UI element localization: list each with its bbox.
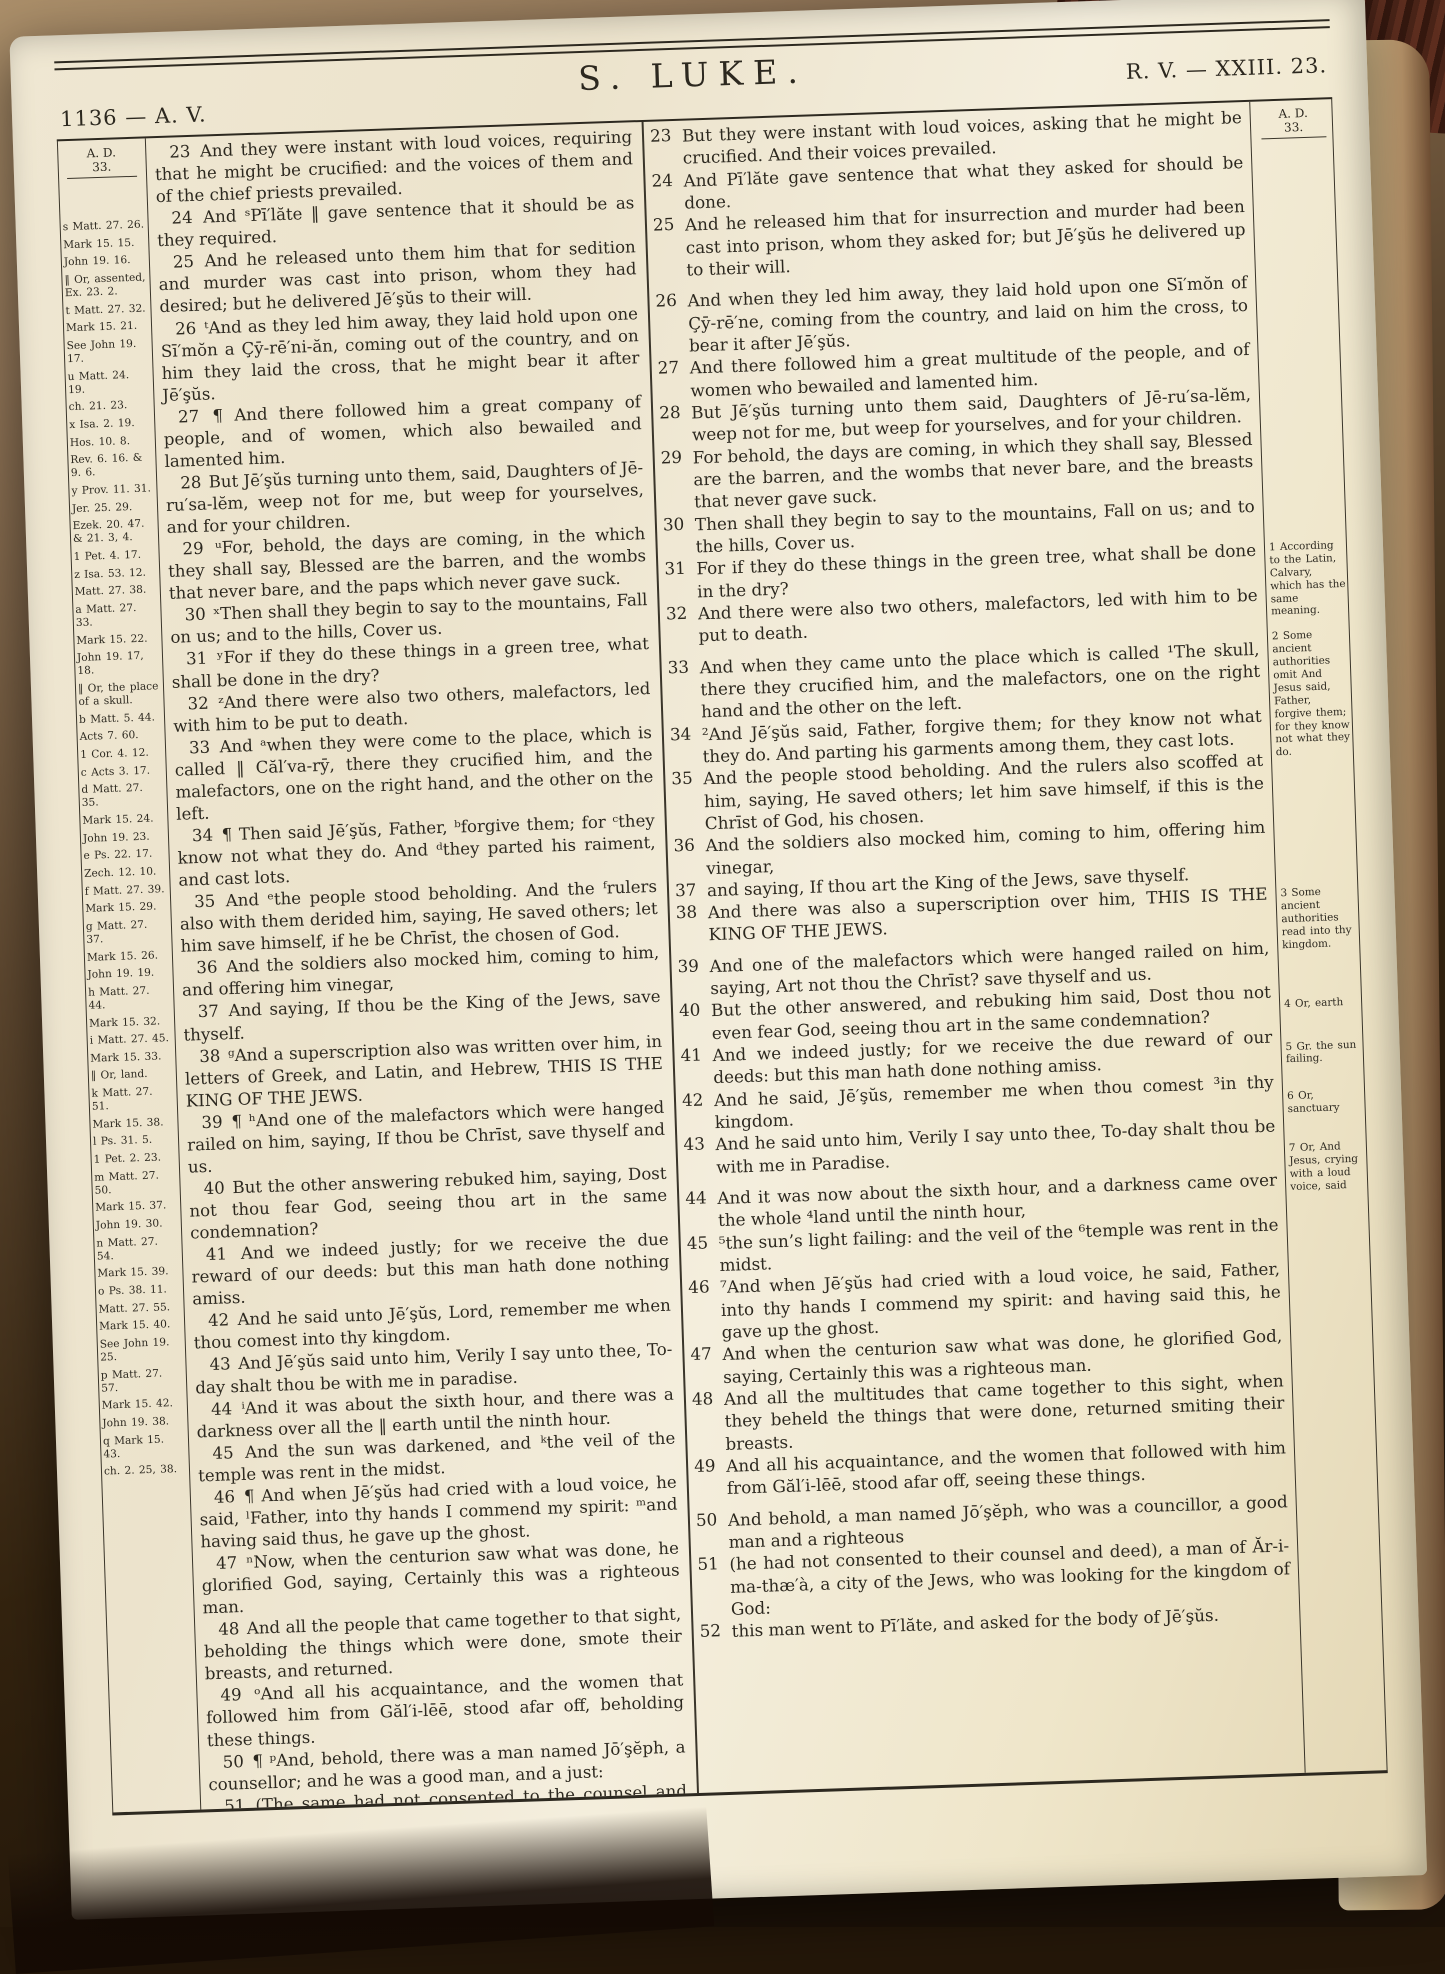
- margin-note: ‖ Or, the place of a skull.: [78, 680, 161, 709]
- verse-number: 40: [677, 1000, 712, 1046]
- verse-number: 51: [224, 1796, 248, 1810]
- verse-number: 38: [199, 1046, 223, 1066]
- verse-number: 25: [651, 214, 687, 282]
- margin-note: Zech. 12. 10.: [84, 865, 166, 881]
- margin-note: y Prov. 11. 31.: [71, 482, 153, 498]
- margin-note: Hos. 10. 8.: [70, 434, 152, 450]
- verse-number: 33: [189, 737, 213, 757]
- verse-number: 32: [187, 693, 211, 713]
- margin-note: u Matt. 24. 19.: [67, 368, 150, 397]
- verse-number: 26: [175, 318, 199, 338]
- verse-number: 40: [203, 1178, 227, 1198]
- margin-note: 6 Or, sanctuary: [1287, 1088, 1365, 1116]
- margin-note: ‖ Or, land.: [91, 1067, 173, 1083]
- margin-note: Rev. 6. 16. & 9. 6.: [70, 452, 153, 481]
- verse-number: 30: [184, 605, 208, 625]
- margin-note: Mark 15. 33.: [90, 1050, 172, 1066]
- margin-note: ch. 2. 25, 38.: [104, 1463, 186, 1479]
- margin-note: n Matt. 27. 54.: [96, 1235, 179, 1264]
- margin-note: ch. 21. 23.: [69, 399, 151, 415]
- margin-note: b Matt. 5. 44.: [79, 711, 161, 727]
- margin-note: See John 19. 17.: [66, 337, 149, 366]
- verse-number: 52: [697, 1620, 732, 1643]
- margin-note: Ezek. 20. 47. & 21. 3, 4.: [72, 518, 155, 547]
- verse-number: 36: [671, 834, 706, 880]
- margin-note: Matt. 27. 38.: [75, 584, 157, 600]
- margin-note: d Matt. 27. 35.: [81, 781, 164, 810]
- margin-note: John 19. 16.: [64, 254, 146, 270]
- av-text-column: 23 And they were instant with loud voice…: [146, 122, 699, 1810]
- margin-note: 2 Some ancient authorities omit And Jesu…: [1272, 628, 1353, 759]
- margin-note: John 19. 38.: [102, 1415, 184, 1431]
- margin-note: i Matt. 27. 45.: [90, 1032, 172, 1048]
- margin-note: a Matt. 27. 33.: [75, 601, 158, 630]
- verse-number: 47: [216, 1553, 240, 1573]
- verse-number: 28: [657, 401, 692, 447]
- verse-number: 41: [678, 1044, 713, 1090]
- verse-number: 49: [692, 1455, 727, 1501]
- verse-number: 48: [690, 1388, 726, 1456]
- margin-note: x Isa. 2. 19.: [69, 416, 151, 432]
- verse-number: 50: [694, 1509, 729, 1555]
- printed-area: 1136 — A. V. S. LUKE. R. V. — XXIII. 23.…: [54, 19, 1390, 1888]
- margin-note: Mark 15. 42.: [102, 1397, 184, 1413]
- margin-note: See John 19. 25.: [100, 1336, 183, 1365]
- margin-note: m Matt. 27. 50.: [94, 1169, 177, 1198]
- verse-number: 46: [686, 1276, 722, 1344]
- verse-number: 46: [214, 1487, 238, 1507]
- verse-number: 42: [680, 1089, 715, 1135]
- av-verse-paragraph: 26 ᵗAnd as they led him away, they laid …: [160, 303, 641, 407]
- verse-number: 36: [196, 958, 220, 978]
- verse-number: 35: [669, 767, 705, 835]
- verse-number: 51: [695, 1553, 731, 1621]
- margin-note: p Matt. 27. 57.: [101, 1367, 184, 1396]
- verse-number: 41: [206, 1244, 230, 1264]
- av-date-label: A. D. 33.: [66, 145, 137, 179]
- verse-number: 37: [673, 879, 708, 902]
- margin-note: e Ps. 22. 17.: [83, 847, 165, 863]
- margin-note: Jer. 25. 29.: [72, 500, 154, 516]
- verse-number: 43: [209, 1355, 233, 1375]
- margin-note: Mark 15. 15.: [63, 236, 145, 252]
- margin-note: h Matt. 27. 44.: [88, 984, 171, 1013]
- verse-number: 38: [673, 901, 708, 947]
- margin-note: 1 Pet. 2. 23.: [93, 1151, 175, 1167]
- verse-number: 26: [653, 290, 689, 358]
- verse-number: 44: [211, 1399, 235, 1419]
- margin-note: 1 Pet. 4. 17.: [73, 548, 155, 564]
- margin-note: q Mark 15. 43.: [103, 1432, 186, 1461]
- verse-number: 28: [180, 473, 204, 493]
- verse-number: 45: [684, 1232, 719, 1278]
- verse-number: 33: [665, 656, 701, 724]
- page-title: S. LUKE.: [578, 51, 809, 98]
- margin-note: 5 Gr. the sun failing.: [1285, 1038, 1363, 1066]
- verse-number: 39: [675, 955, 710, 1001]
- margin-note: Mark 15. 38.: [92, 1116, 174, 1132]
- av-page-number: 1136 — A. V.: [60, 102, 207, 131]
- verse-number: 34: [668, 723, 703, 769]
- verse-number: 27: [178, 406, 202, 426]
- margin-note: f Matt. 27. 39.: [85, 883, 167, 899]
- margin-note: John 19. 19.: [87, 966, 169, 982]
- verse-number: 30: [661, 513, 696, 559]
- verse-number: 39: [201, 1112, 225, 1132]
- margin-note: c Acts 3. 17.: [81, 764, 163, 780]
- verse-number: 24: [649, 169, 684, 215]
- margin-note: 1 Cor. 4. 12.: [80, 746, 162, 762]
- margin-note: Mark 15. 40.: [99, 1318, 181, 1334]
- margin-note: 4 Or, earth: [1284, 995, 1361, 1010]
- verse-number: 42: [208, 1311, 232, 1331]
- margin-note: Mark 15. 24.: [82, 812, 164, 828]
- rv-text-column: 23But they were instant with loud voices…: [644, 102, 1305, 1793]
- verse-number: 32: [664, 602, 699, 648]
- verse-number: 45: [212, 1443, 236, 1463]
- verse-number: 44: [683, 1187, 718, 1233]
- verse-number: 31: [186, 649, 210, 669]
- verse-number: 23: [169, 142, 193, 162]
- margin-note: z Isa. 53. 12.: [74, 566, 156, 582]
- verse-number: 31: [662, 558, 697, 604]
- margin-note: k Matt. 27. 51.: [91, 1085, 174, 1114]
- bible-page: 1136 — A. V. S. LUKE. R. V. — XXIII. 23.…: [9, 0, 1427, 1920]
- margin-note: g Matt. 27. 37.: [86, 918, 169, 947]
- verse-number: 29: [658, 446, 694, 514]
- margin-note: ‖ Or, assented, Ex. 23. 2.: [64, 271, 147, 300]
- verse-number: 25: [173, 252, 197, 272]
- margin-note: Mark 15. 22.: [76, 632, 158, 648]
- two-column-content: A. D. 33. s Matt. 27. 26.Mark 15. 15.Joh…: [57, 97, 1388, 1815]
- margin-note: l Ps. 31. 5.: [93, 1133, 175, 1149]
- verse-number: 23: [648, 125, 683, 171]
- verse-number: 50: [222, 1752, 246, 1772]
- rv-date-label: A. D. 33.: [1260, 105, 1326, 139]
- av-verse-paragraph: 33 And ᵃwhen they were come to the place…: [174, 722, 655, 826]
- margin-note: John 19. 30.: [96, 1217, 178, 1233]
- verse-number: 43: [681, 1134, 716, 1180]
- verse-number: 48: [218, 1619, 242, 1639]
- margin-note: Mark 15. 21.: [66, 320, 148, 336]
- margin-note: John 19. 23.: [83, 830, 165, 846]
- rv-margin-notes: 1 According to the Latin, Calvary, which…: [1269, 539, 1368, 1194]
- margin-note: 7 Or, And Jesus, crying with a loud voic…: [1289, 1140, 1368, 1194]
- margin-note: Mark 15. 26.: [87, 949, 169, 965]
- margin-note: 1 According to the Latin, Calvary, which…: [1269, 539, 1349, 619]
- verse-number: 49: [220, 1685, 244, 1705]
- margin-note: Acts 7. 60.: [79, 729, 161, 745]
- margin-note: John 19. 17, 18.: [77, 650, 160, 679]
- margin-note: o Ps. 38. 11.: [98, 1283, 180, 1299]
- verse-number: 47: [688, 1343, 723, 1389]
- margin-note: Mark 15. 29.: [85, 900, 167, 916]
- verse-number: 37: [198, 1002, 222, 1022]
- margin-note: Mark 15. 39.: [97, 1265, 179, 1281]
- verse-number: 24: [171, 208, 195, 228]
- margin-note: 3 Some ancient authorities read into thy…: [1280, 885, 1359, 952]
- margin-note: Matt. 27. 55.: [98, 1301, 180, 1317]
- verse-number: 27: [655, 357, 690, 403]
- margin-note: Mark 15. 32.: [89, 1015, 171, 1031]
- margin-note: s Matt. 27. 26.: [63, 219, 145, 235]
- margin-note: t Matt. 27. 32.: [65, 302, 147, 318]
- margin-note: Mark 15. 37.: [95, 1199, 177, 1215]
- verse-number: 29: [182, 539, 206, 559]
- verse-number: 34: [192, 825, 216, 845]
- verse-number: 35: [194, 892, 218, 912]
- rv-running-head: R. V. — XXIII. 23.: [1126, 53, 1328, 84]
